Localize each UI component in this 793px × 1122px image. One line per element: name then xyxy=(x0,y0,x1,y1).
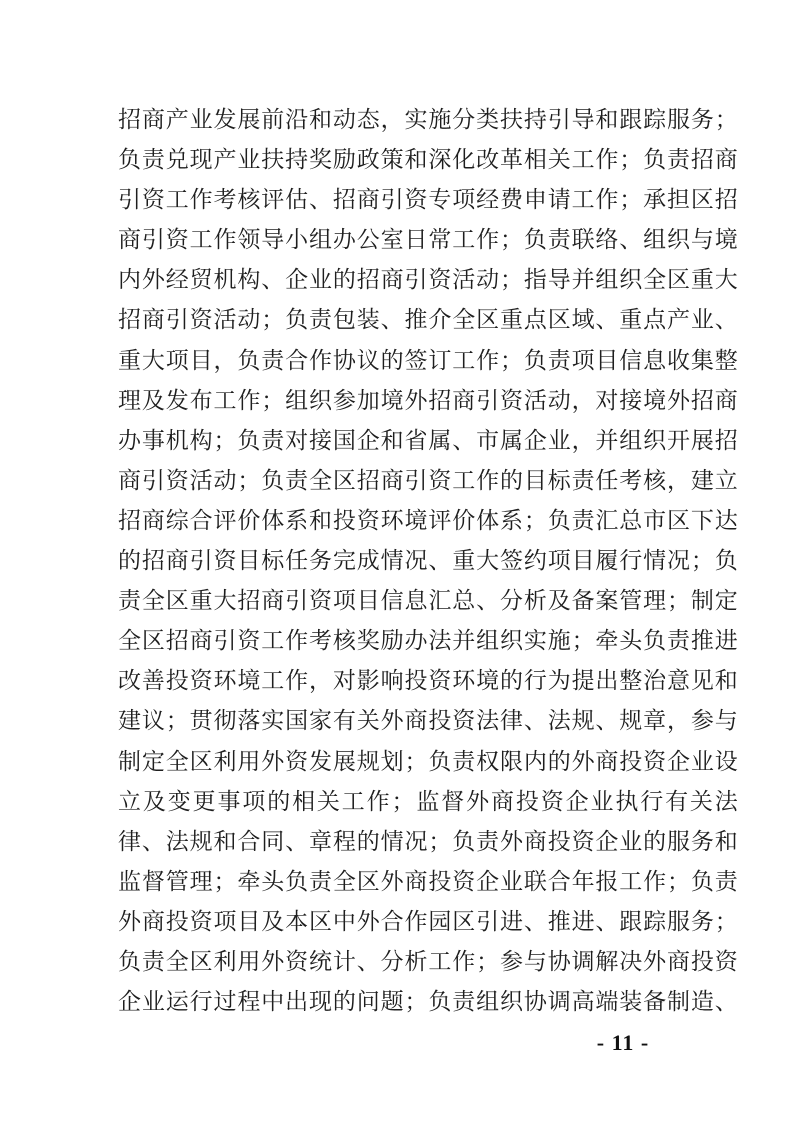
text-line: 制定全区利用外资发展规划；负责权限内的外商投资企业设 xyxy=(118,742,738,782)
text-line: 监督管理；牵头负责全区外商投资企业联合年报工作；负责 xyxy=(118,862,738,902)
text-line: 全区招商引资工作考核奖励办法并组织实施；牵头负责推进 xyxy=(118,621,738,661)
text-line: 改善投资环境工作，对影响投资环境的行为提出整治意见和 xyxy=(118,661,738,701)
text-line: 负责全区利用外资统计、分析工作；参与协调解决外商投资 xyxy=(118,942,738,982)
text-line: 的招商引资目标任务完成情况、重大签约项目履行情况；负 xyxy=(118,541,738,581)
text-line: 外商投资项目及本区中外合作园区引进、推进、跟踪服务； xyxy=(118,902,738,942)
text-line: 引资工作考核评估、招商引资专项经费申请工作；承担区招 xyxy=(118,180,738,220)
text-line: 商引资工作领导小组办公室日常工作；负责联络、组织与境 xyxy=(118,220,738,260)
text-line: 律、法规和合同、章程的情况；负责外商投资企业的服务和 xyxy=(118,822,738,862)
text-line: 招商引资活动；负责包装、推介全区重点区域、重点产业、 xyxy=(118,300,738,340)
body-text: 招商产业发展前沿和动态，实施分类扶持引导和跟踪服务； 负责兑现产业扶持奖励政策和… xyxy=(118,100,738,1022)
document-page: 招商产业发展前沿和动态，实施分类扶持引导和跟踪服务； 负责兑现产业扶持奖励政策和… xyxy=(0,0,793,1122)
text-line: 建议；贯彻落实国家有关外商投资法律、法规、规章，参与 xyxy=(118,701,738,741)
text-line: 责全区重大招商引资项目信息汇总、分析及备案管理；制定 xyxy=(118,581,738,621)
text-line: 商引资活动；负责全区招商引资工作的目标责任考核，建立 xyxy=(118,461,738,501)
text-line: 办事机构；负责对接国企和省属、市属企业，并组织开展招 xyxy=(118,421,738,461)
text-line: 理及发布工作；组织参加境外招商引资活动，对接境外招商 xyxy=(118,381,738,421)
text-line: 招商产业发展前沿和动态，实施分类扶持引导和跟踪服务； xyxy=(118,100,738,140)
text-line: 负责兑现产业扶持奖励政策和深化改革相关工作；负责招商 xyxy=(118,140,738,180)
text-line: 招商综合评价体系和投资环境评价体系；负责汇总市区下达 xyxy=(118,501,738,541)
page-number: - 11 - xyxy=(588,1030,658,1056)
text-line: 立及变更事项的相关工作；监督外商投资企业执行有关法 xyxy=(118,782,738,822)
text-line: 重大项目，负责合作协议的签订工作；负责项目信息收集整 xyxy=(118,341,738,381)
text-line: 企业运行过程中出现的问题；负责组织协调高端装备制造、 xyxy=(118,982,738,1022)
text-line: 内外经贸机构、企业的招商引资活动；指导并组织全区重大 xyxy=(118,260,738,300)
